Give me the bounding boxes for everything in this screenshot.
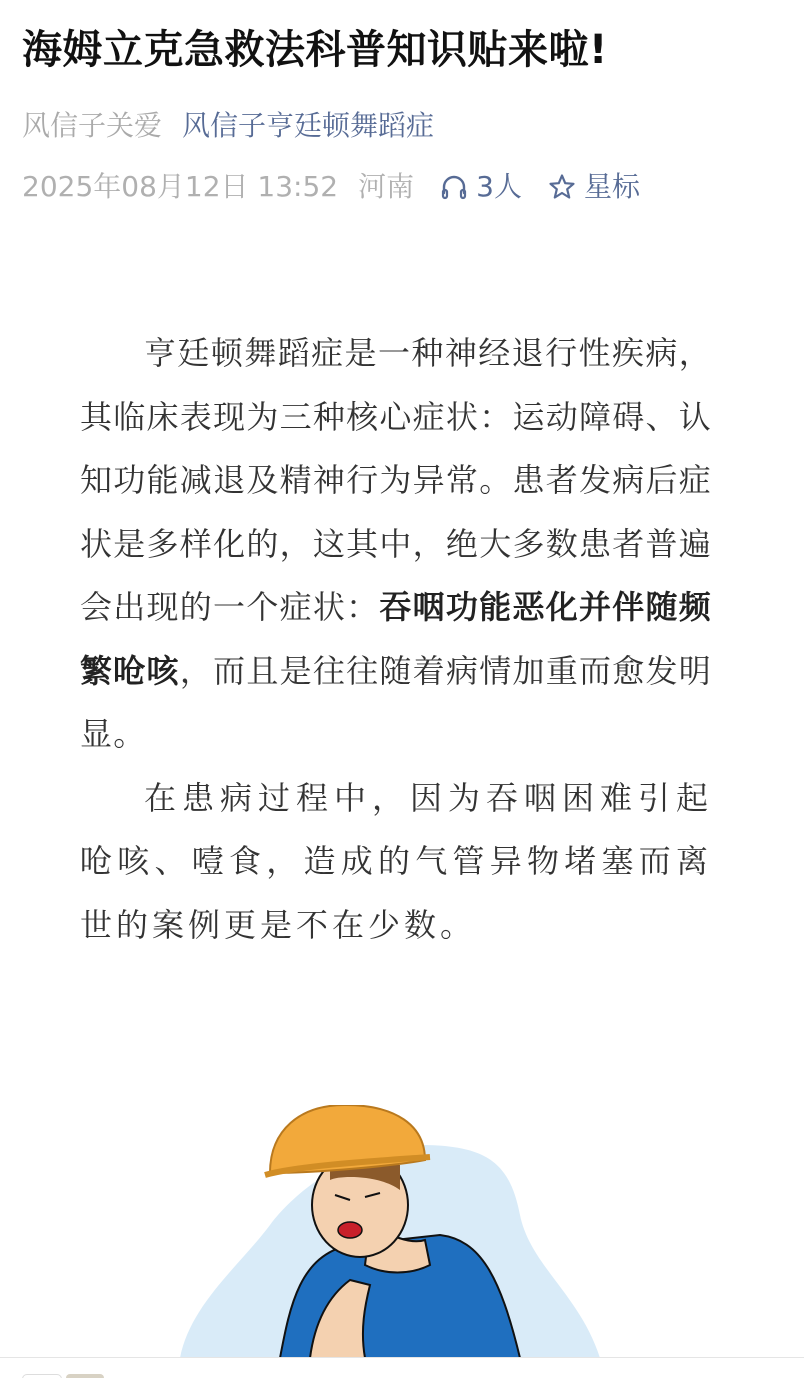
star-button[interactable]: 星标 xyxy=(548,166,640,208)
article-source: 风信子关爱风信子亨廷顿舞蹈症 xyxy=(22,106,434,146)
bottom-thumbnail-2[interactable] xyxy=(66,1374,104,1378)
region-label: 河南 xyxy=(358,166,414,208)
bottom-bar xyxy=(0,1358,804,1378)
article-meta: 2025年08月12日 13:52 河南 3人 星标 xyxy=(22,166,640,208)
bottom-thumbnail-1[interactable] xyxy=(22,1374,62,1378)
paragraph-1: 亨廷顿舞蹈症是一种神经退行性疾病，其临床表现为三种核心症状：运动障碍、认知功能减… xyxy=(80,322,712,767)
article-title: 海姆立克急救法科普知识贴来啦! xyxy=(22,22,608,78)
paragraph-2: 在患病过程中，因为吞咽困难引起呛咳、噎食，造成的气管异物堵塞而离世的案例更是不在… xyxy=(80,767,712,958)
account-name-link[interactable]: 风信子亨廷顿舞蹈症 xyxy=(182,109,434,142)
author-name: 风信子关爱 xyxy=(22,109,162,142)
star-outline-icon xyxy=(548,173,576,201)
listen-button[interactable]: 3人 xyxy=(440,166,522,208)
choking-illustration xyxy=(160,1105,640,1358)
listen-count: 3人 xyxy=(476,166,522,208)
publish-time: 2025年08月12日 13:52 xyxy=(22,166,338,208)
star-label: 星标 xyxy=(584,166,640,208)
article-body: 亨廷顿舞蹈症是一种神经退行性疾病，其临床表现为三种核心症状：运动障碍、认知功能减… xyxy=(80,322,712,957)
headphones-icon xyxy=(440,173,468,201)
